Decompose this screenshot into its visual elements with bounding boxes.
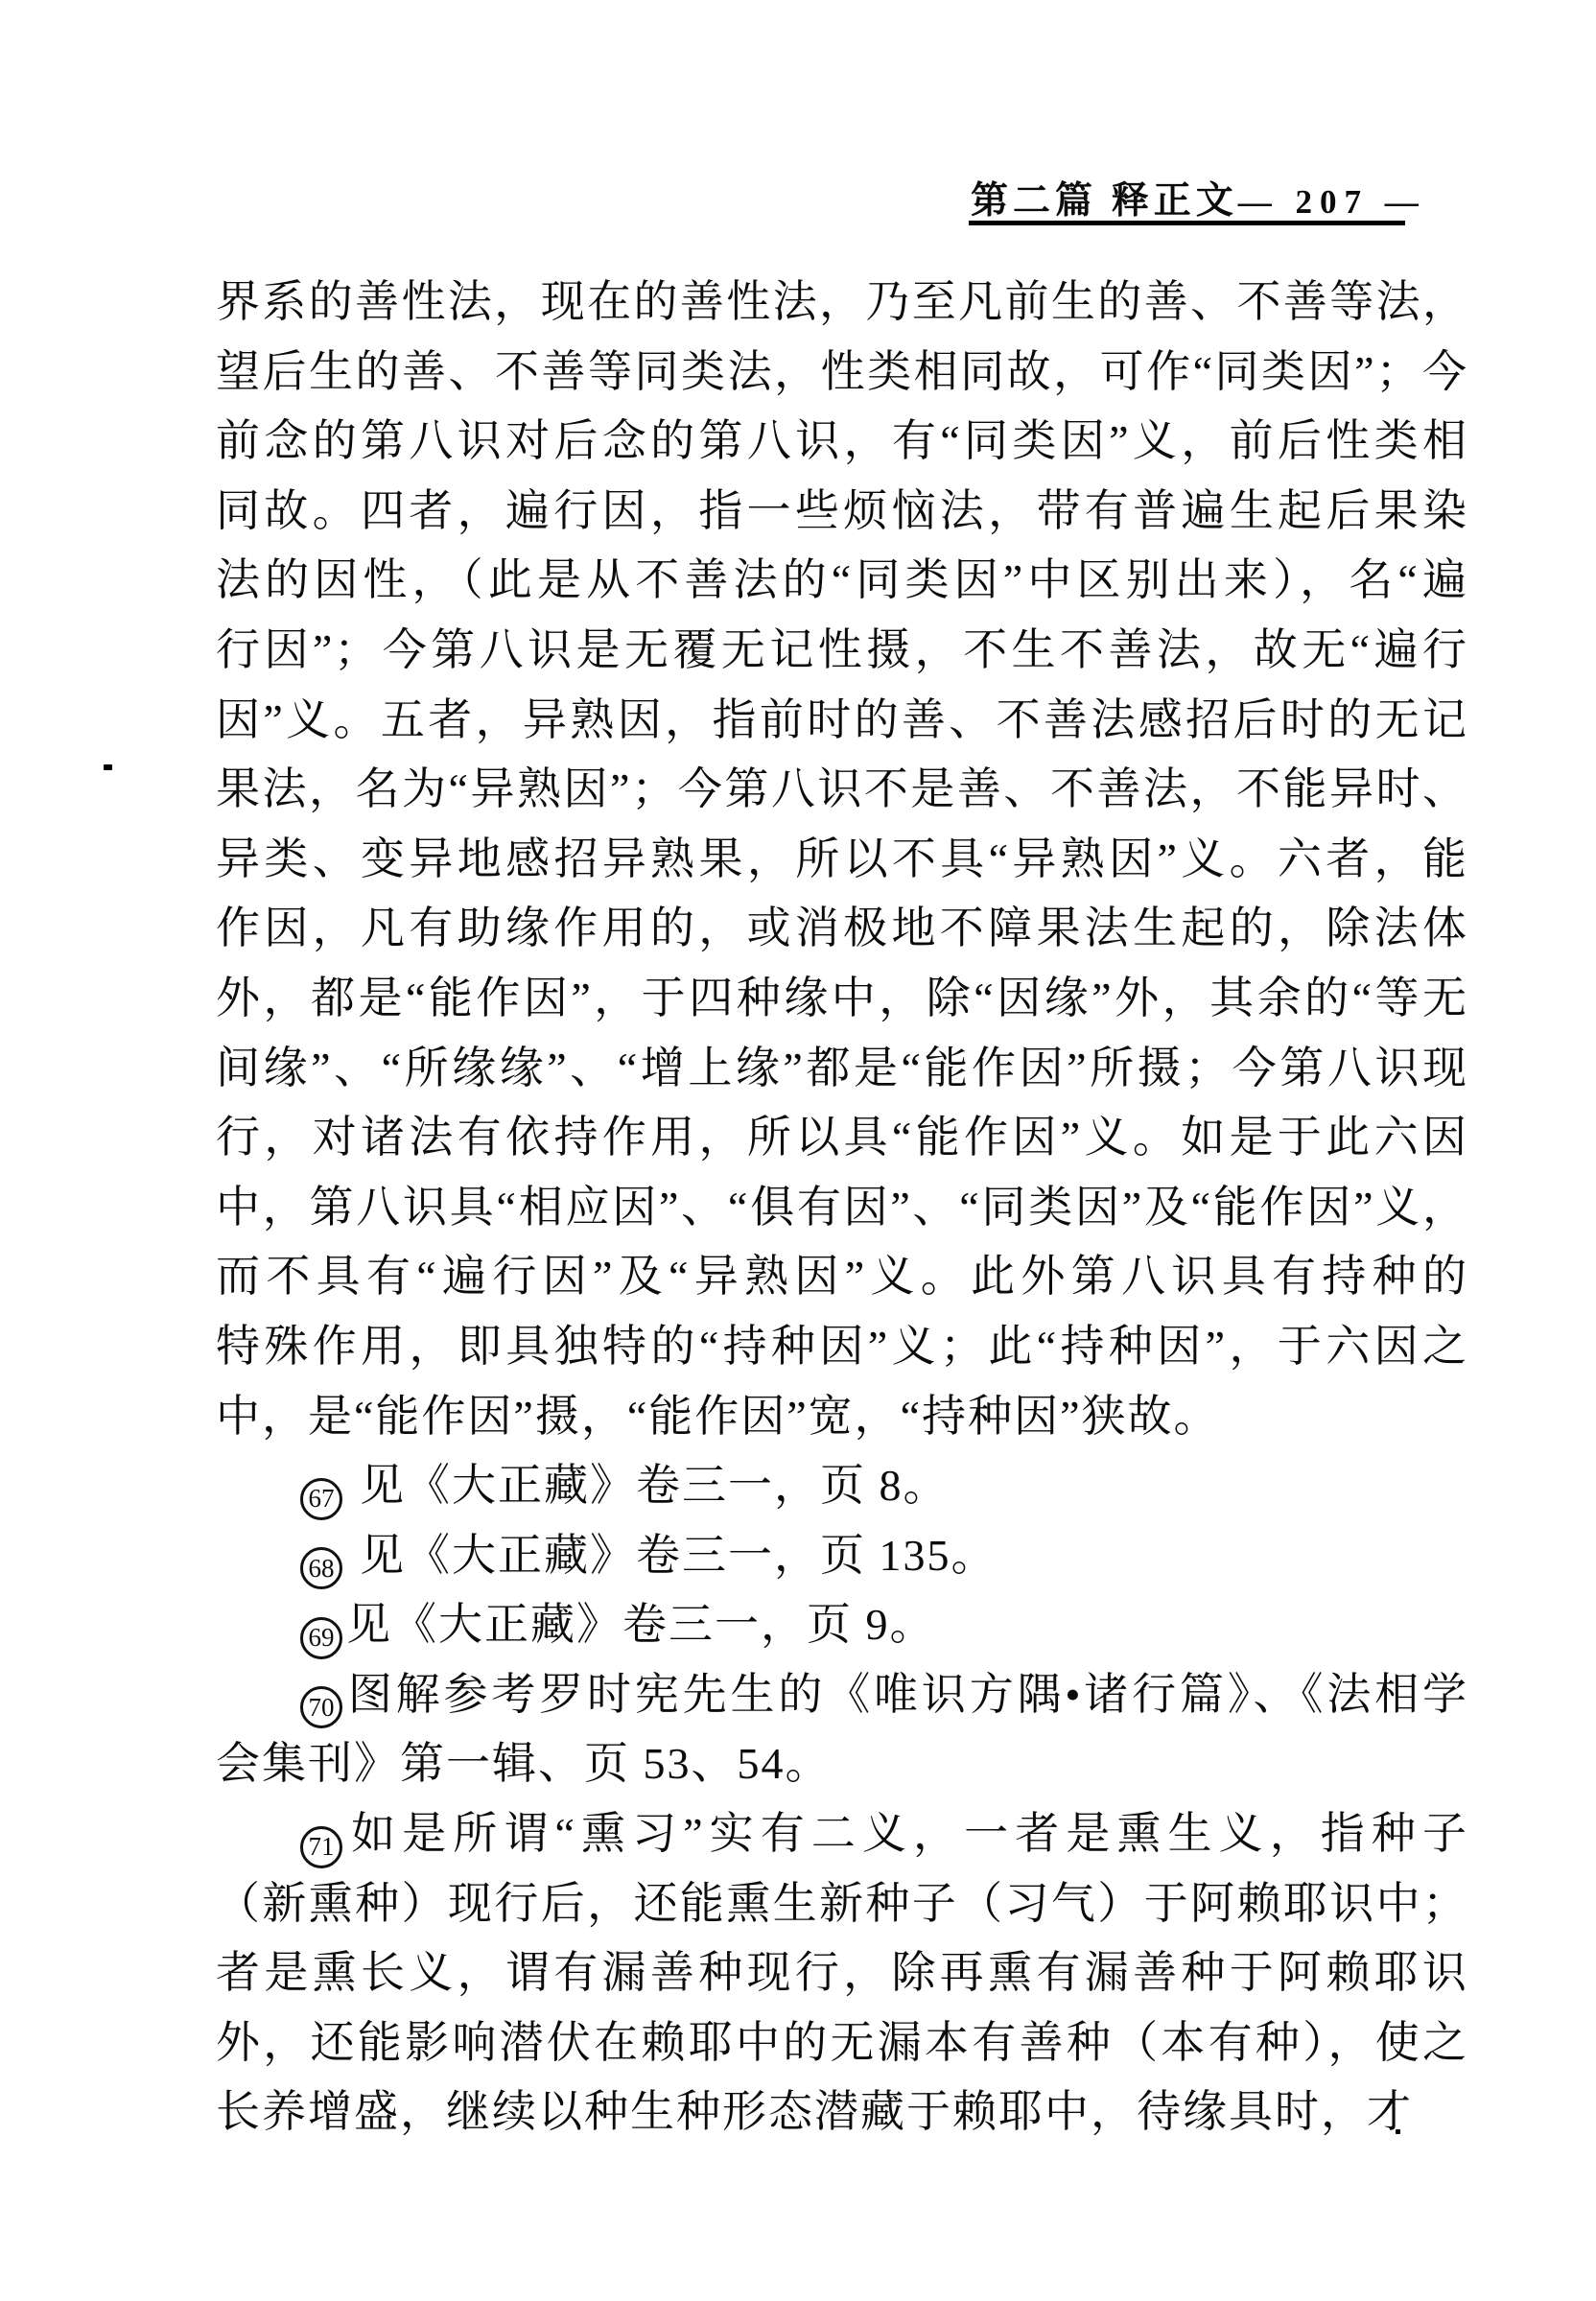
line-text: 果法，名为“异熟因”；今第八识不是善、不善法，不能异时、 bbox=[216, 764, 1468, 813]
body-line: 作因，凡有助缘作用的，或消极地不障果法生起的，除法体 bbox=[216, 894, 1468, 964]
body-line: 界系的善性法，现在的善性法，乃至凡前生的善、不善等法， bbox=[216, 268, 1468, 338]
line-text: 会集刊》第一辑、页 53、54。 bbox=[216, 1739, 832, 1788]
body-line: 果法，名为“异熟因”；今第八识不是善、不善法，不能异时、 bbox=[216, 755, 1468, 825]
line-text: 行，对诸法有依持作用，所以具“能作因”义。如是于此六因 bbox=[216, 1113, 1468, 1162]
body-text: 界系的善性法，现在的善性法，乃至凡前生的善、不善等法，望后生的善、不善等同类法，… bbox=[216, 268, 1468, 2148]
line-text: 因”义。五者，异熟因，指前时的善、不善法感招后时的无记 bbox=[216, 695, 1468, 744]
footnote-number-69: 69 bbox=[300, 1617, 342, 1659]
header-section-title: 第二篇 释正文 bbox=[971, 171, 1238, 224]
line-text: 前念的第八识对后念的第八识，有“同类因”义，前后性类相 bbox=[216, 416, 1468, 465]
body-line: 外，都是“能作因”，于四种缘中，除“因缘”外，其余的“等无 bbox=[216, 964, 1468, 1034]
body-line: 前念的第八识对后念的第八识，有“同类因”义，前后性类相 bbox=[216, 407, 1468, 477]
body-line: 者是熏长义，谓有漏善种现行，除再熏有漏善种于阿赖耶识 bbox=[216, 1938, 1468, 2008]
line-text: 特殊作用，即具独特的“持种因”义；此“持种因”，于六因之 bbox=[216, 1322, 1468, 1371]
footnote-line: 67见《大正藏》卷三一，页 8。 bbox=[216, 1451, 1468, 1521]
body-line: 长养增盛，继续以种生种形态潜藏于赖耶中，待缘具时，才 bbox=[216, 2078, 1468, 2148]
body-line: 法的因性，（此是从不善法的“同类因”中区别出来），名“遍 bbox=[216, 546, 1468, 616]
body-line: 同故。四者，遍行因，指一些烦恼法，带有普遍生起后果染 bbox=[216, 477, 1468, 547]
line-text: 作因，凡有助缘作用的，或消极地不障果法生起的，除法体 bbox=[216, 904, 1468, 952]
line-text: 中，第八识具“相应因”、“俱有因”、“同类因”及“能作因”义， bbox=[216, 1183, 1468, 1232]
page-header: 第二篇 释正文 — 207 — bbox=[971, 171, 1404, 224]
line-text: 外，都是“能作因”，于四种缘中，除“因缘”外，其余的“等无 bbox=[216, 974, 1468, 1022]
body-line: 外，还能影响潜伏在赖耶中的无漏本有善种（本有种），使之 bbox=[216, 2008, 1468, 2078]
line-text: 界系的善性法，现在的善性法，乃至凡前生的善、不善等法， bbox=[216, 277, 1468, 326]
line-text: 见《大正藏》卷三一，页 8。 bbox=[360, 1461, 950, 1510]
footnote-number-70: 70 bbox=[300, 1686, 342, 1728]
line-text: （新熏种）现行后，还能熏生新种子（习气）于阿赖耶识中；一 bbox=[216, 1879, 1468, 1939]
body-line: 会集刊》第一辑、页 53、54。 bbox=[216, 1729, 1468, 1799]
body-line: 中，是“能作因”摄，“能作因”宽，“持种因”狭故。 bbox=[216, 1382, 1468, 1452]
footnote-number-71: 71 bbox=[300, 1826, 342, 1868]
body-line: 异类、变异地感招异熟果，所以不具“异熟因”义。六者，能 bbox=[216, 825, 1468, 895]
line-text: 而不具有“遍行因”及“异熟因”义。此外第八识具有持种的 bbox=[216, 1252, 1468, 1301]
footnote-line: 68见《大正藏》卷三一，页 135。 bbox=[216, 1521, 1468, 1591]
line-text: 者是熏长义，谓有漏善种现行，除再熏有漏善种于阿赖耶识 bbox=[216, 1948, 1468, 1997]
line-text: 同故。四者，遍行因，指一些烦恼法，带有普遍生起后果染 bbox=[216, 486, 1468, 535]
line-text: 行因”；今第八识是无覆无记性摄，不生不善法，故无“遍行 bbox=[216, 625, 1468, 674]
line-text: 长养增盛，继续以种生种形态潜藏于赖耶中，待缘具时，才 bbox=[216, 2087, 1413, 2136]
body-line: 中，第八识具“相应因”、“俱有因”、“同类因”及“能作因”义， bbox=[216, 1173, 1468, 1243]
footnote-line: 71如是所谓“熏习”实有二义，一者是熏生义，指种子 bbox=[216, 1799, 1468, 1869]
body-line: 行，对诸法有依持作用，所以具“能作因”义。如是于此六因 bbox=[216, 1103, 1468, 1173]
body-line: 而不具有“遍行因”及“异熟因”义。此外第八识具有持种的 bbox=[216, 1242, 1468, 1312]
body-line: 望后生的善、不善等同类法，性类相同故，可作“同类因”；今 bbox=[216, 338, 1468, 408]
line-text: 法的因性，（此是从不善法的“同类因”中区别出来），名“遍 bbox=[216, 555, 1468, 604]
body-line: 特殊作用，即具独特的“持种因”义；此“持种因”，于六因之 bbox=[216, 1312, 1468, 1382]
scanned-book-page: 第二篇 释正文 — 207 — 界系的善性法，现在的善性法，乃至凡前生的善、不善… bbox=[0, 0, 1596, 2301]
line-text: 见《大正藏》卷三一，页 9。 bbox=[346, 1600, 936, 1649]
footnote-number-67: 67 bbox=[300, 1478, 342, 1520]
header-page-number: — 207 — bbox=[1238, 183, 1426, 222]
footnote-line: 70图解参考罗时宪先生的《唯识方隅•诸行篇》、《法相学 bbox=[216, 1660, 1468, 1730]
line-text: 如是所谓“熏习”实有二义，一者是熏生义，指种子 bbox=[346, 1809, 1468, 1858]
body-line: 因”义。五者，异熟因，指前时的善、不善法感招后时的无记 bbox=[216, 686, 1468, 756]
header-rule bbox=[969, 221, 1405, 225]
body-line: （新熏种）现行后，还能熏生新种子（习气）于阿赖耶识中；一 bbox=[216, 1869, 1468, 1939]
ink-speck bbox=[1396, 2129, 1400, 2134]
body-line: 行因”；今第八识是无覆无记性摄，不生不善法，故无“遍行 bbox=[216, 616, 1468, 686]
line-text: 望后生的善、不善等同类法，性类相同故，可作“同类因”；今 bbox=[216, 347, 1468, 396]
line-text: 外，还能影响潜伏在赖耶中的无漏本有善种（本有种），使之 bbox=[216, 2018, 1468, 2067]
footnote-line: 69见《大正藏》卷三一，页 9。 bbox=[216, 1590, 1468, 1660]
line-text: 间缘”、“所缘缘”、“增上缘”都是“能作因”所摄；今第八识现 bbox=[216, 1044, 1468, 1092]
line-text: 见《大正藏》卷三一，页 135。 bbox=[360, 1531, 997, 1580]
body-line: 间缘”、“所缘缘”、“增上缘”都是“能作因”所摄；今第八识现 bbox=[216, 1034, 1468, 1104]
line-text: 中，是“能作因”摄，“能作因”宽，“持种因”狭故。 bbox=[216, 1392, 1220, 1441]
line-text: 图解参考罗时宪先生的《唯识方隅•诸行篇》、《法相学 bbox=[346, 1670, 1468, 1719]
ink-speck bbox=[104, 764, 112, 770]
line-text: 异类、变异地感招异熟果，所以不具“异熟因”义。六者，能 bbox=[216, 834, 1468, 883]
footnote-number-68: 68 bbox=[300, 1547, 342, 1589]
